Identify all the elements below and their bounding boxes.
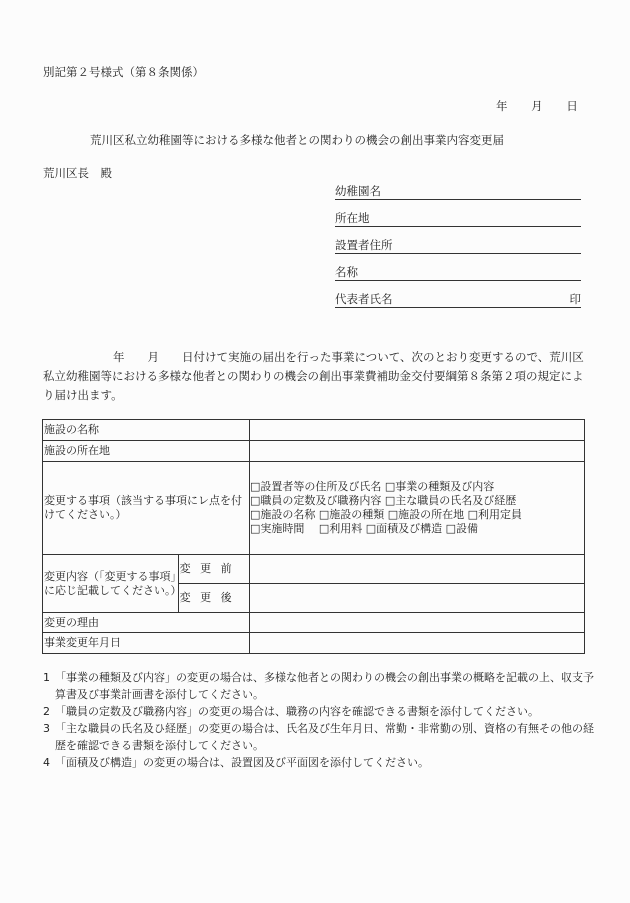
table-row: 施設の所在地 (43, 441, 585, 462)
table-row: 変更の理由 (43, 613, 585, 633)
organization-name-field[interactable]: 名称 (335, 265, 581, 281)
facility-name-label: 施設の名称 (43, 420, 250, 441)
table-row: 変更する事項（該当する事項にレ点を付けてください。） □設置者等の住所及び氏名 … (43, 462, 585, 555)
field-label: 代表者氏名 (335, 292, 393, 306)
note-item: 2 「職員の定数及び職務内容」の変更の場合は、職務の内容を確認できる書類を添付し… (43, 703, 603, 720)
note-item: 1 「事業の種類及び内容」の変更の場合は、多様な他者との関わりの機会の創出事業の… (43, 669, 603, 703)
addressee: 荒川区長 殿 (43, 165, 112, 181)
note-text: 「職員の定数及び職務内容」の変更の場合は、職務の内容を確認できる書類を添付してく… (55, 703, 603, 720)
table-row: 施設の名称 (43, 420, 585, 441)
change-items-checklist[interactable]: □設置者等の住所及び氏名 □事業の種類及び内容 □職員の定数及び職務内容 □主な… (250, 462, 585, 555)
field-label: 幼稚園名 (335, 184, 381, 198)
reason-input[interactable] (250, 613, 585, 633)
kindergarten-name-field[interactable]: 幼稚園名 (335, 184, 581, 200)
date-year: 年 (496, 99, 508, 113)
checkbox-line[interactable]: □設置者等の住所及び氏名 □事業の種類及び内容 (250, 480, 583, 494)
change-date-label: 事業変更年月日 (43, 633, 250, 654)
facility-name-input[interactable] (250, 420, 585, 441)
date-day: 日 (566, 99, 578, 113)
representative-name-field[interactable]: 代表者氏名 印 (335, 292, 581, 308)
facility-location-label: 施設の所在地 (43, 441, 250, 462)
note-item: 4 「面積及び構造」の変更の場合は、設置図及び平面図を添付してください。 (43, 754, 603, 771)
note-number: 4 (43, 754, 55, 771)
seal-mark: 印 (570, 292, 582, 307)
change-content-label: 変更内容（「変更する事項」に応じ記載してください。） (43, 555, 179, 613)
checkbox-line[interactable]: □実施時間 □利用料 □面積及び構造 □設備 (250, 522, 583, 536)
checkbox-line[interactable]: □職員の定数及び職務内容 □主な職員の氏名及び経歴 (250, 494, 583, 508)
document-title: 荒川区私立幼稚園等における多様な他者との関わりの機会の創出事業内容変更届 (90, 132, 504, 148)
field-label: 所在地 (335, 211, 370, 225)
table-row: 事業変更年月日 (43, 633, 585, 654)
note-text: 「面積及び構造」の変更の場合は、設置図及び平面図を添付してください。 (55, 754, 603, 771)
field-label: 設置者住所 (335, 238, 393, 252)
founder-address-field[interactable]: 設置者住所 (335, 238, 581, 254)
note-number: 2 (43, 703, 55, 720)
notes-list: 1 「事業の種類及び内容」の変更の場合は、多様な他者との関わりの機会の創出事業の… (43, 669, 603, 771)
note-text: 「主な職員の氏名及ひ経歴」の変更の場合は、氏名及び生年月日、常勤・非常勤の別、資… (55, 720, 603, 754)
note-item: 3 「主な職員の氏名及ひ経歴」の変更の場合は、氏名及び生年月日、常勤・非常勤の別… (43, 720, 603, 754)
table-row: 変更内容（「変更する事項」に応じ記載してください。） 変 更 前 (43, 555, 585, 584)
date-line: 年 月 日 (496, 98, 578, 114)
location-field[interactable]: 所在地 (335, 211, 581, 227)
note-text: 「事業の種類及び内容」の変更の場合は、多様な他者との関わりの機会の創出事業の概略… (55, 669, 603, 703)
checkbox-line[interactable]: □施設の名称 □施設の種類 □施設の所在地 □利用定員 (250, 508, 583, 522)
change-form-table: 施設の名称 施設の所在地 変更する事項（該当する事項にレ点を付けてください。） … (42, 419, 585, 654)
change-items-label: 変更する事項（該当する事項にレ点を付けてください。） (43, 462, 250, 555)
after-label: 変 更 後 (178, 584, 249, 613)
note-number: 3 (43, 720, 55, 754)
before-input[interactable] (250, 555, 585, 584)
facility-location-input[interactable] (250, 441, 585, 462)
after-input[interactable] (250, 584, 585, 613)
change-date-input[interactable] (250, 633, 585, 654)
note-number: 1 (43, 669, 55, 703)
date-month: 月 (531, 99, 543, 113)
field-label: 名称 (335, 265, 358, 279)
reason-label: 変更の理由 (43, 613, 250, 633)
before-label: 変 更 前 (178, 555, 249, 584)
form-number-label: 別記第２号様式（第８条関係） (43, 64, 204, 80)
body-paragraph: 年 月 日付けて実施の届出を行った事業について、次のとおり変更するので、荒川区私… (43, 348, 591, 405)
